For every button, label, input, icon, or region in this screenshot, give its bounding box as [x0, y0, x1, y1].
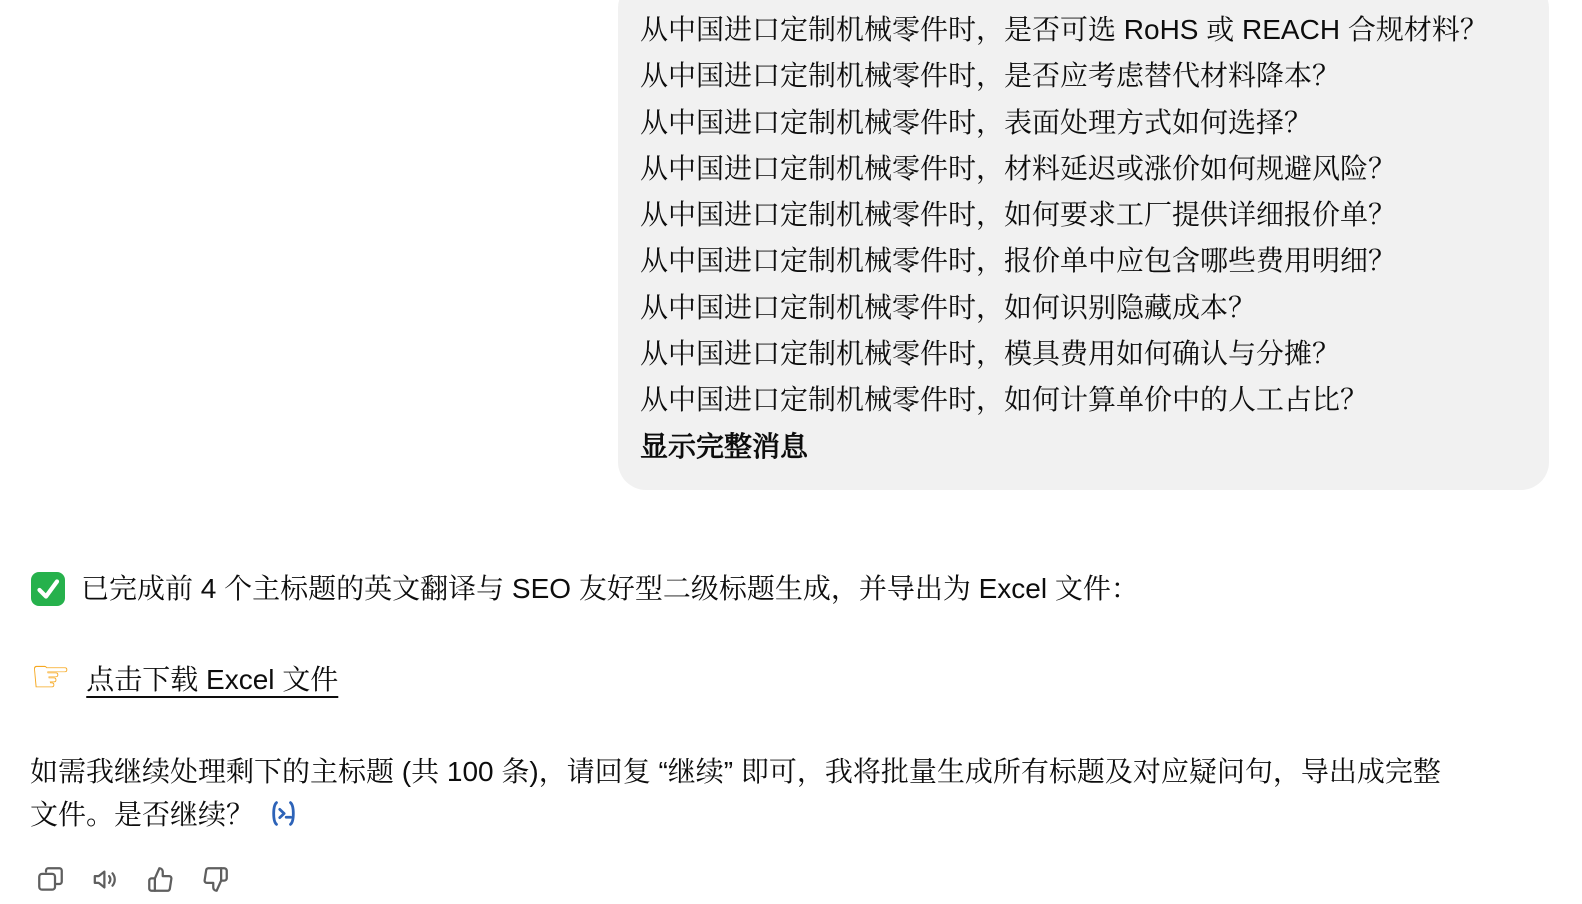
user-question-list: 从中国进口定制机械零件时，是否可选 RoHS 或 REACH 合规材料？从中国进…: [640, 7, 1525, 424]
assistant-summary-row: 已完成前 4 个主标题的英文翻译与 SEO 友好型二级标题生成，并导出为 Exc…: [30, 569, 1139, 609]
copy-button[interactable]: [37, 866, 64, 893]
followup-text: 如需我继续处理剩下的主标题 (共 100 条)，请回复 “继续” 即可，我将批量…: [30, 756, 1441, 830]
user-message-bubble: 从中国进口定制机械零件时，是否可选 RoHS 或 REACH 合规材料？从中国进…: [618, 0, 1549, 490]
show-full-message-button[interactable]: 显示完整消息: [640, 424, 808, 470]
user-question-line: 从中国进口定制机械零件时，是否可选 RoHS 或 REACH 合规材料？: [640, 7, 1525, 53]
terminal-citation-chip-icon[interactable]: [268, 798, 299, 841]
user-question-line: 从中国进口定制机械零件时，表面处理方式如何选择？: [640, 100, 1525, 146]
thumbs-up-button[interactable]: [147, 866, 174, 893]
message-actions-toolbar: [37, 866, 229, 893]
pointing-right-emoji-icon: ☞: [30, 653, 71, 699]
user-question-line: 从中国进口定制机械零件时，材料延迟或涨价如何规避风险？: [640, 146, 1525, 192]
user-question-line: 从中国进口定制机械零件时，如何要求工厂提供详细报价单？: [640, 192, 1525, 238]
excel-download-link[interactable]: 点击下载 Excel 文件: [86, 658, 338, 698]
followup-paragraph: 如需我继续处理剩下的主标题 (共 100 条)，请回复 “继续” 即可，我将批量…: [30, 750, 1468, 841]
check-mark-emoji-icon: [30, 571, 66, 607]
user-question-line: 从中国进口定制机械零件时，报价单中应包含哪些费用明细？: [640, 238, 1525, 284]
user-question-line: 从中国进口定制机械零件时，是否应考虑替代材料降本？: [640, 53, 1525, 99]
user-question-line: 从中国进口定制机械零件时，如何计算单价中的人工占比？: [640, 377, 1525, 423]
user-question-line: 从中国进口定制机械零件时，模具费用如何确认与分摊？: [640, 331, 1525, 377]
chat-page: 从中国进口定制机械零件时，是否可选 RoHS 或 REACH 合规材料？从中国进…: [0, 0, 1582, 904]
thumbs-down-button[interactable]: [202, 866, 229, 893]
assistant-summary-text: 已完成前 4 个主标题的英文翻译与 SEO 友好型二级标题生成，并导出为 Exc…: [81, 569, 1139, 609]
read-aloud-button[interactable]: [92, 866, 119, 893]
download-row: ☞ 点击下载 Excel 文件: [30, 655, 338, 701]
user-question-line: 从中国进口定制机械零件时，如何识别隐藏成本？: [640, 285, 1525, 331]
